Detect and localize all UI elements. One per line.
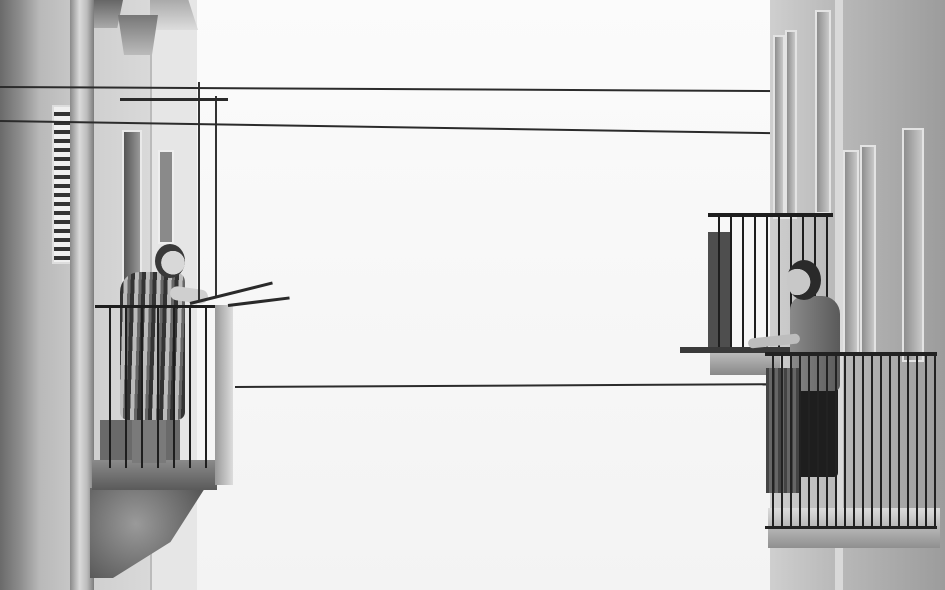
photo-scene <box>0 0 945 590</box>
right-window <box>902 128 924 362</box>
woman-right-head <box>787 260 821 300</box>
woman-left-head <box>155 244 185 278</box>
right-balcony-railing <box>765 352 937 529</box>
rod-post <box>215 96 217 296</box>
clothesline-rod <box>120 98 228 101</box>
left-window <box>158 150 174 244</box>
right-window <box>843 150 859 354</box>
right-window <box>785 30 797 219</box>
balcony-door-shutter <box>215 305 233 485</box>
rod-post <box>198 82 200 302</box>
right-window <box>815 10 831 214</box>
clothesline-rod <box>228 296 290 307</box>
left-balcony-railing <box>95 305 220 468</box>
stone-corbel <box>118 15 158 55</box>
right-window <box>860 145 876 354</box>
right-window <box>773 35 785 219</box>
overhead-wire <box>235 383 770 388</box>
